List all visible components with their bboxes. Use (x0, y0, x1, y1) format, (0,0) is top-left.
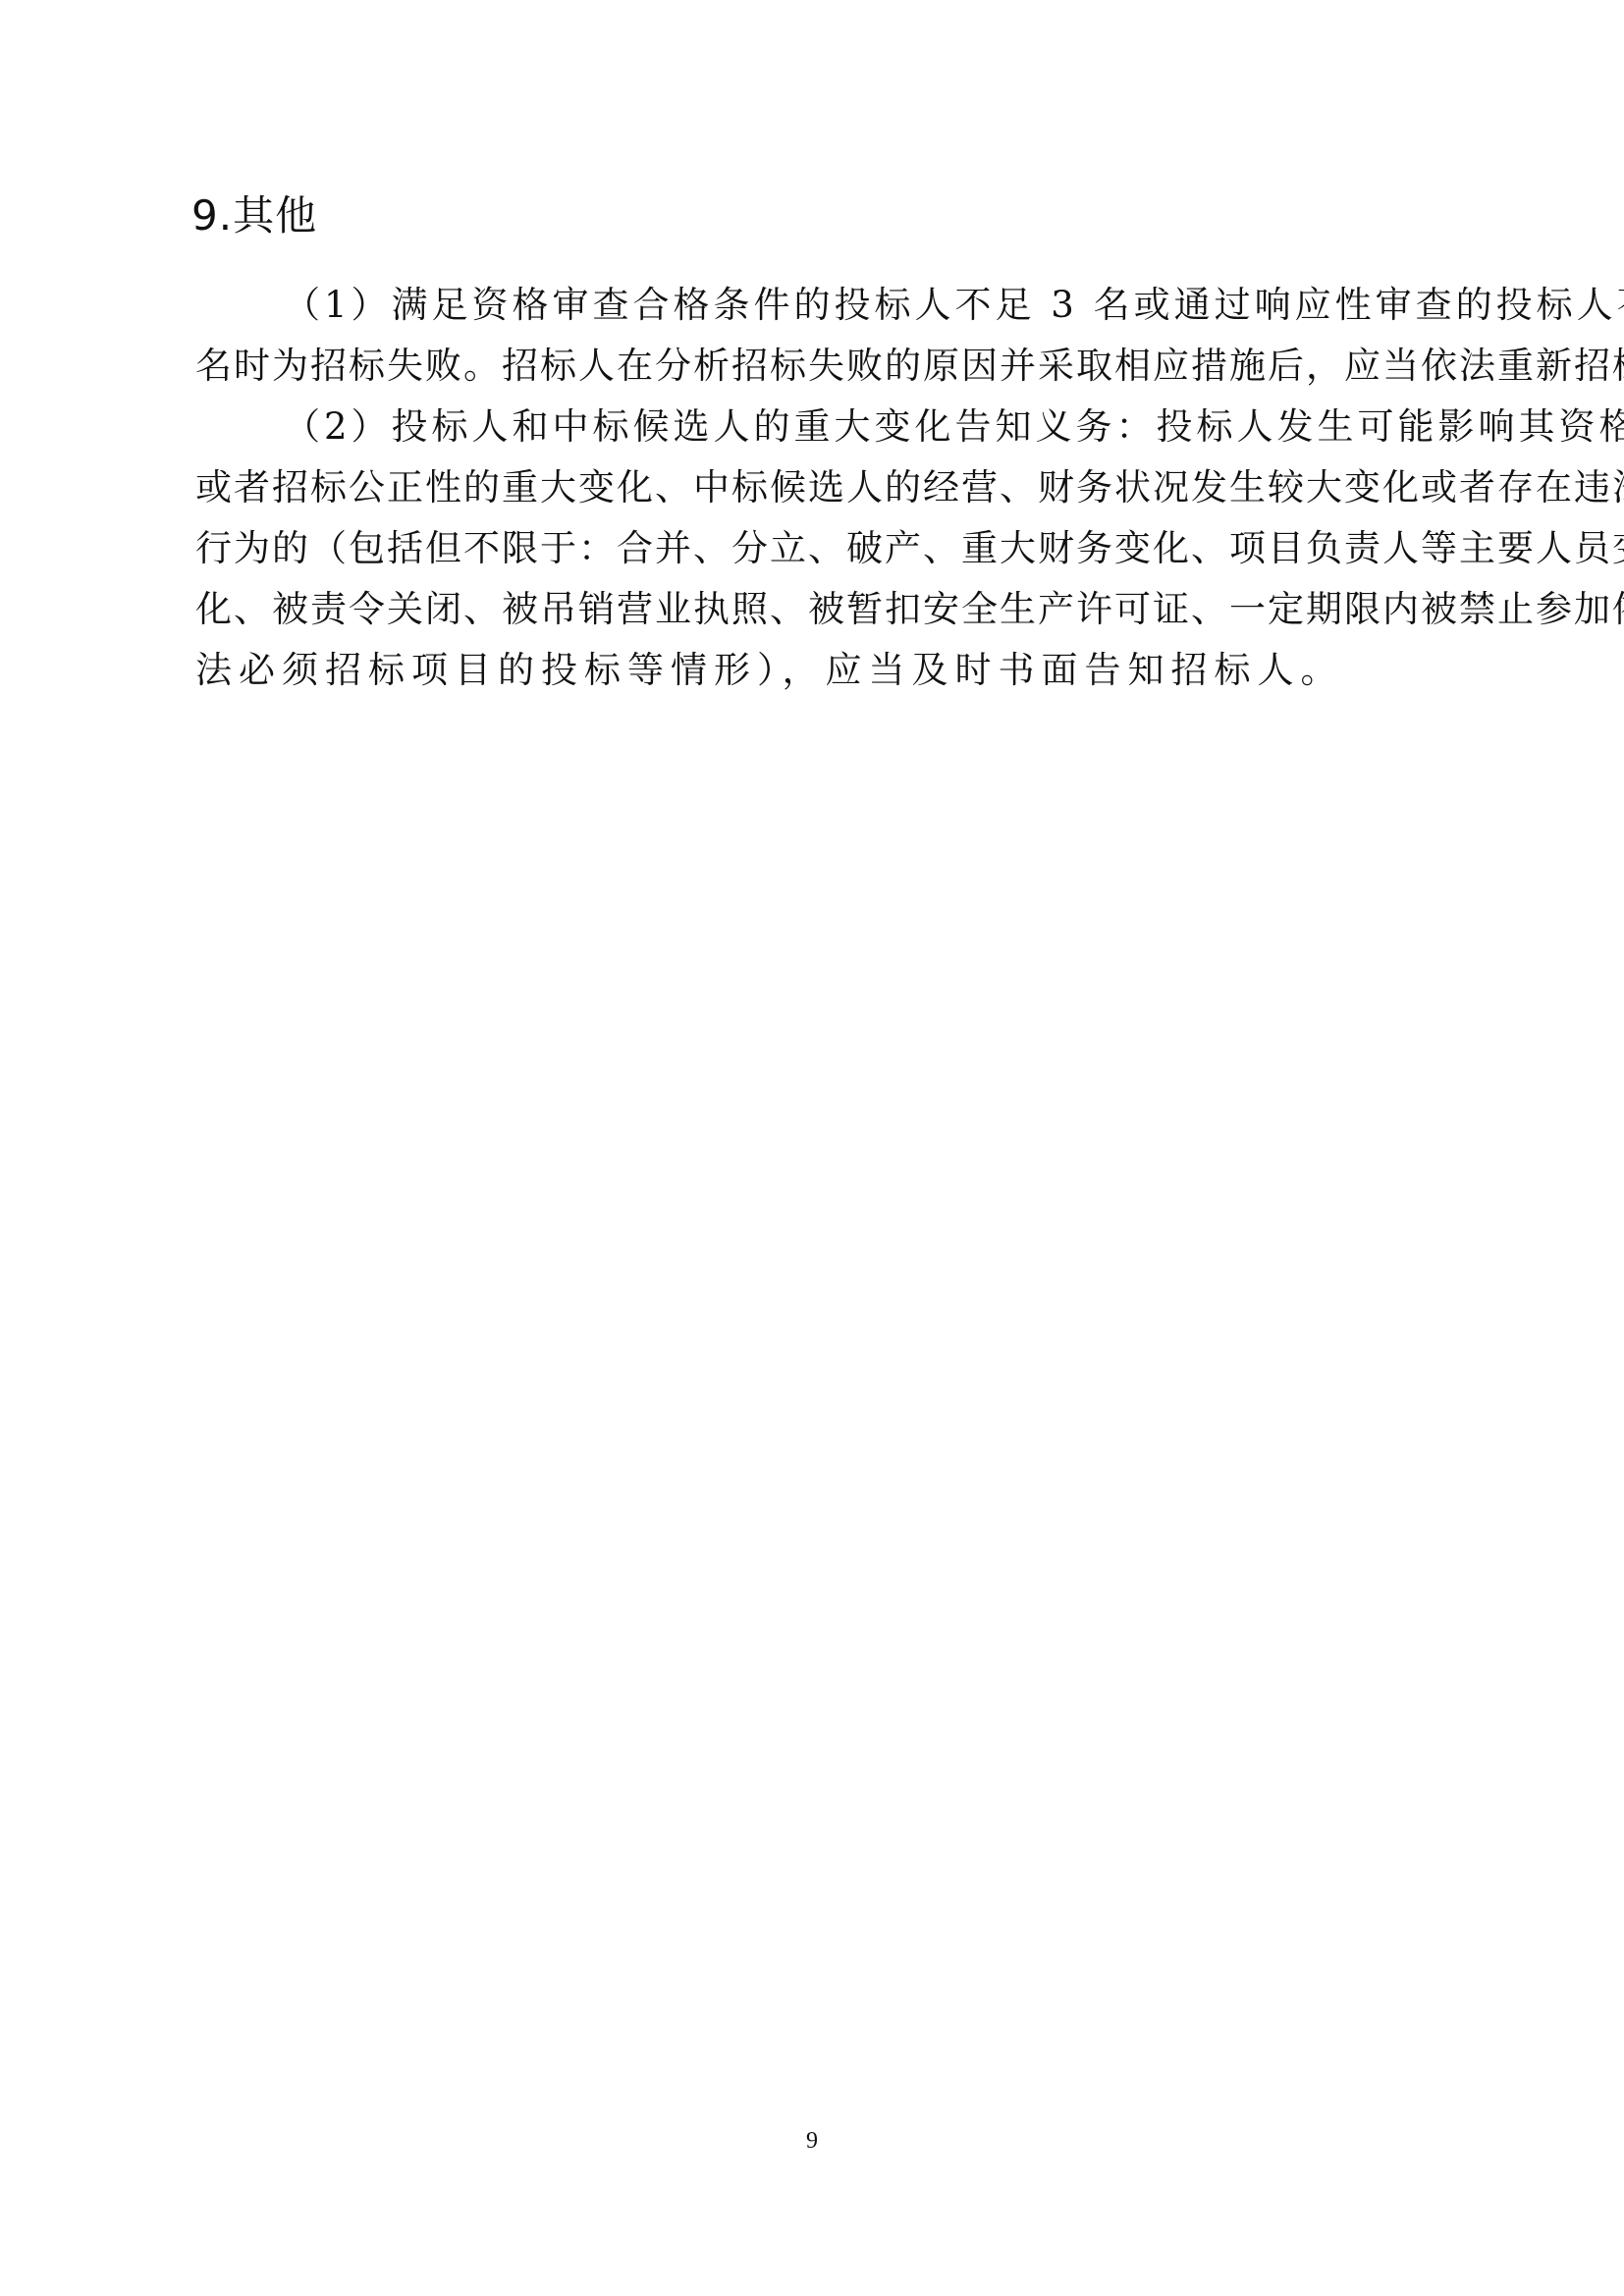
paragraph-2: （2）投标人和中标候选人的重大变化告知义务：投标人发生可能影响其资格条件 或者招… (195, 397, 1431, 701)
paragraph-line: 法必须招标项目的投标等情形），应当及时书面告知招标人。 (195, 640, 1431, 701)
document-body: （1）满足资格审查合格条件的投标人不足 3 名或通过响应性审查的投标人不足3 名… (195, 275, 1431, 701)
paragraph-line: 化、被责令关闭、被吊销营业执照、被暂扣安全生产许可证、一定期限内被禁止参加依 (195, 579, 1431, 640)
paragraph-line: （1）满足资格审查合格条件的投标人不足 3 名或通过响应性审查的投标人不足3 (195, 275, 1431, 336)
section-heading: 9.其他 (191, 188, 317, 243)
paragraph-1: （1）满足资格审查合格条件的投标人不足 3 名或通过响应性审查的投标人不足3 名… (195, 275, 1431, 397)
paragraph-line: 行为的（包括但不限于：合并、分立、破产、重大财务变化、项目负责人等主要人员变 (195, 518, 1431, 579)
paragraph-line: 或者招标公正性的重大变化、中标候选人的经营、财务状况发生较大变化或者存在违法 (195, 457, 1431, 518)
paragraph-line: （2）投标人和中标候选人的重大变化告知义务：投标人发生可能影响其资格条件 (195, 397, 1431, 457)
page-number: 9 (0, 2128, 1624, 2155)
paragraph-line: 名时为招标失败。招标人在分析招标失败的原因并采取相应措施后，应当依法重新招标。 (195, 336, 1431, 397)
